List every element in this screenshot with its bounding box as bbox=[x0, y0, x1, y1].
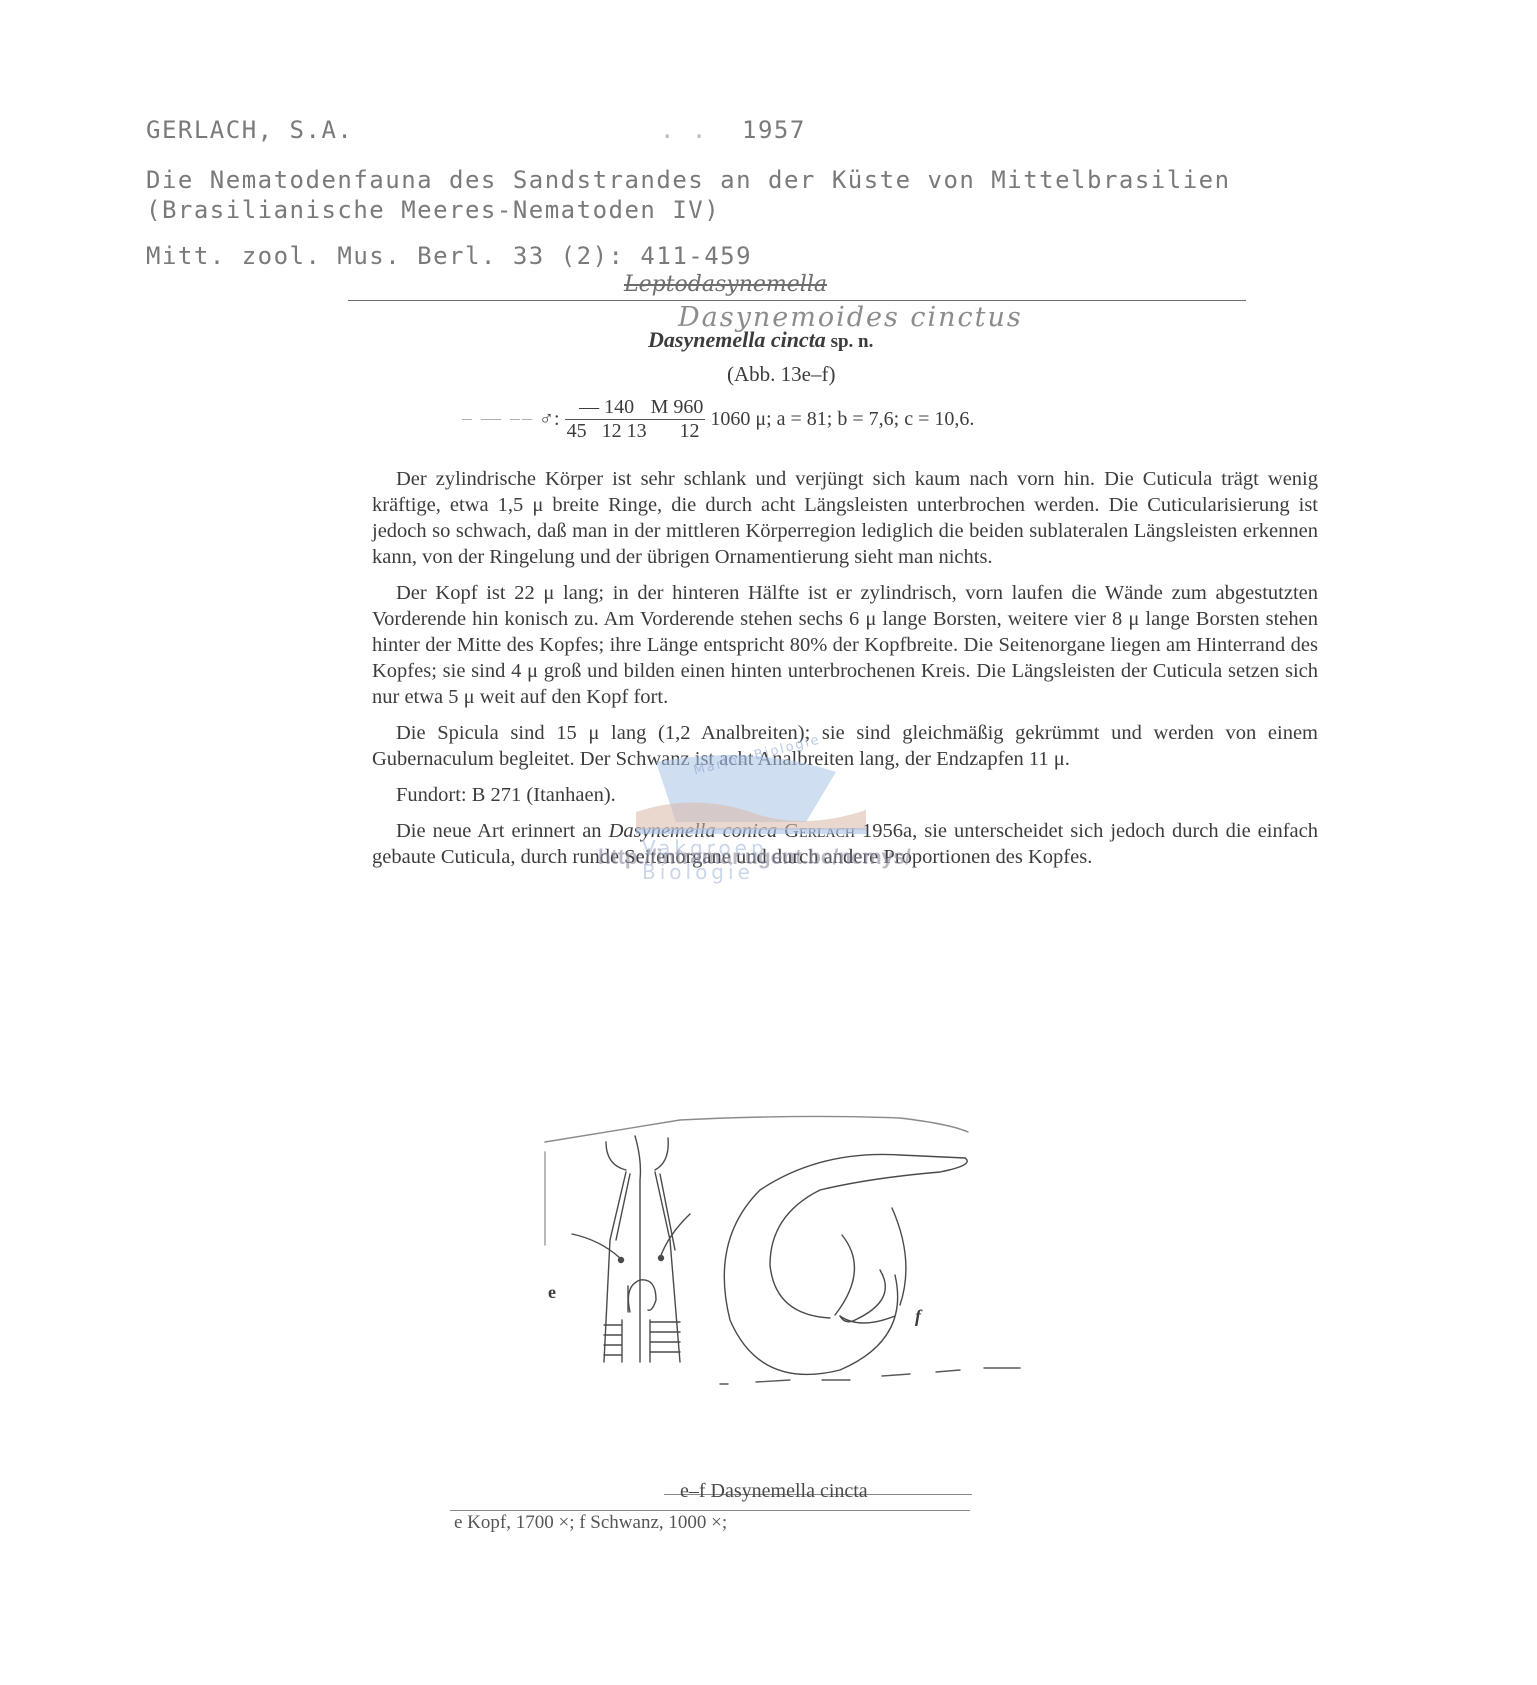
de-man-formula: – — –– ♂: — 140 45 12 13 M 960 12 1060 μ… bbox=[462, 396, 974, 443]
formula-totals: 1060 μ; a = 81; b = 7,6; c = 10,6. bbox=[710, 408, 974, 430]
paragraph-head: Der Kopf ist 22 μ lang; in der hinteren … bbox=[372, 580, 1318, 710]
crossed-out-genus: Leptodasynemella bbox=[624, 272, 827, 297]
species-name: Dasynemella cincta bbox=[648, 327, 826, 352]
figure-reference: (Abb. 13e–f) bbox=[727, 362, 835, 387]
paragraph-locality: Fundort: B 271 (Itanhaen). bbox=[372, 782, 1318, 808]
citation: Mitt. zool. Mus. Berl. 33 (2): 411-459 bbox=[146, 242, 752, 270]
sex-symbol: ♂: bbox=[539, 408, 560, 430]
figure-drawing: e f bbox=[500, 1090, 1060, 1410]
title-line-2: (Brasilianische Meeres-Nematoden IV) bbox=[146, 196, 720, 224]
title-line-1: Die Nematodenfauna des Sandstrandes an d… bbox=[146, 166, 1231, 194]
figure-label-f: f bbox=[915, 1306, 923, 1326]
separator-rule bbox=[348, 300, 1246, 301]
figure-label-e: e bbox=[548, 1282, 556, 1302]
caption-detail: e Kopf, 1700 ×; f Schwanz, 1000 ×; bbox=[454, 1512, 727, 1534]
formula-fraction-1: — 140 45 12 13 bbox=[565, 396, 649, 443]
description-body: Der zylindrische Körper ist sehr schlank… bbox=[372, 466, 1318, 870]
year-dots: . . bbox=[660, 116, 708, 144]
formula-fraction-2: M 960 12 bbox=[649, 396, 706, 443]
caption-mid-rule bbox=[450, 1510, 970, 1511]
compared-species: Dasynemella conica bbox=[609, 820, 778, 842]
paragraph-body: Der zylindrische Körper ist sehr schlank… bbox=[372, 466, 1318, 570]
species-heading: Dasynemella cincta sp. n. bbox=[648, 327, 873, 353]
numerator-2: M 960 bbox=[649, 396, 706, 420]
paragraph-spicula: Die Spicula sind 15 μ lang (1,2 Analbrei… bbox=[372, 720, 1318, 772]
year: 1957 bbox=[742, 116, 806, 144]
caption-title: e–f Dasynemella cincta bbox=[680, 1480, 868, 1503]
denominator-2: 12 bbox=[649, 420, 706, 443]
species-suffix: sp. n. bbox=[826, 331, 874, 352]
numerator-1: — 140 bbox=[565, 396, 649, 420]
leading-dashes: – — –– bbox=[462, 407, 534, 429]
head-figure-e bbox=[572, 1136, 690, 1362]
watermark-url[interactable]: http://intramar.ugent.be/nemys/ bbox=[598, 846, 911, 870]
author: GERLACH, S.A. bbox=[146, 116, 353, 144]
denominator-1: 45 12 13 bbox=[565, 420, 649, 443]
tail-figure-f bbox=[724, 1154, 967, 1374]
